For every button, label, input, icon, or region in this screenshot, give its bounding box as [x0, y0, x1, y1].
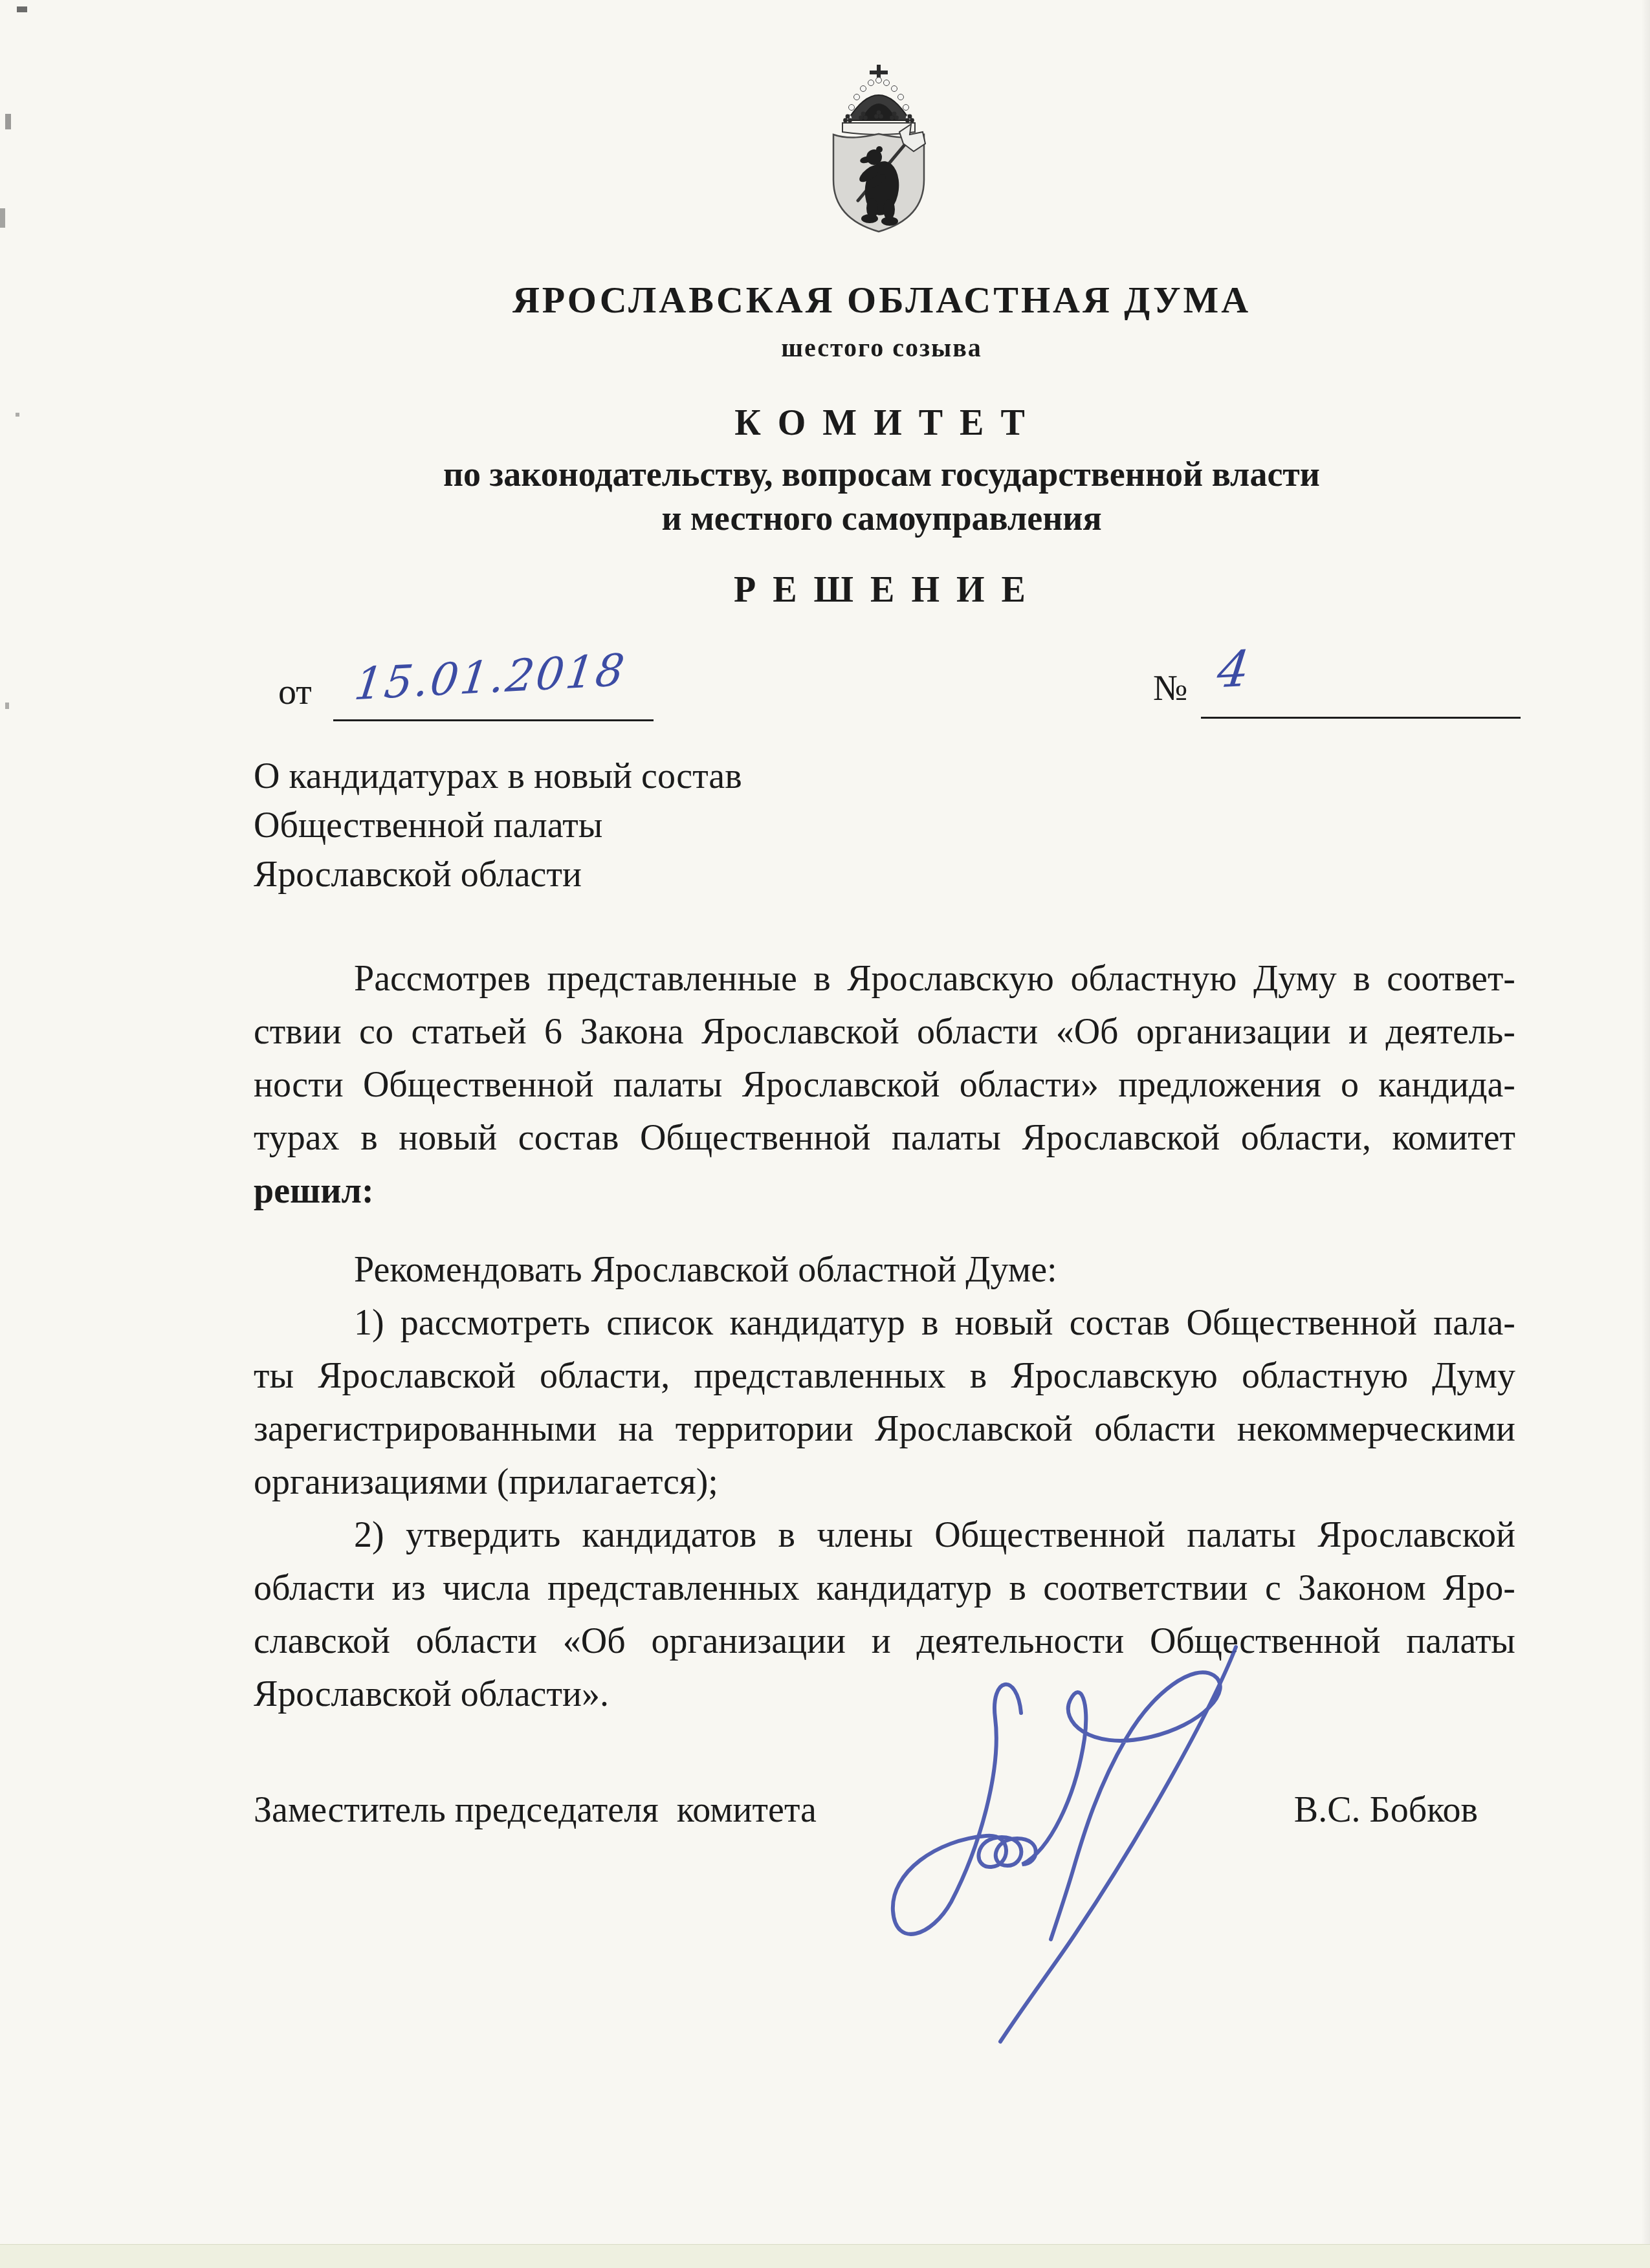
- handwritten-date: 15.01.2018: [351, 645, 629, 711]
- body-line: 1) рассмотреть список кандидатур в новый…: [254, 1296, 1515, 1349]
- signature-row: Заместитель председателя комитета В.С. Б…: [254, 1789, 1515, 1831]
- scan-artifact: [5, 703, 9, 709]
- date-label: от: [278, 671, 312, 713]
- signer-name: В.С. Бобков: [1294, 1789, 1478, 1831]
- body-line: ты Ярославской области, представленных в…: [254, 1349, 1515, 1402]
- number-label: №: [1153, 668, 1187, 709]
- subject-line: Общественной палаты: [254, 801, 965, 850]
- body-line: турах в новый состав Общественной палаты…: [254, 1111, 1515, 1164]
- signer-position: Заместитель председателя комитета: [254, 1789, 817, 1831]
- body-line: ности Общественной палаты Ярославской об…: [254, 1058, 1515, 1111]
- date-underline: [333, 719, 654, 721]
- scan-artifact: [16, 413, 19, 417]
- decision-body: Рассмотрев представленные в Ярославскую …: [254, 952, 1515, 1721]
- body-line: решил:: [254, 1164, 1515, 1217]
- scan-artifact: [0, 208, 5, 228]
- body-line: ствии со статьей 6 Закона Ярославской об…: [254, 1005, 1515, 1058]
- body-line: славской области «Об организации и деяте…: [254, 1615, 1515, 1668]
- body-line: зарегистрированными на территории Яросла…: [254, 1402, 1515, 1456]
- scan-artifact: [17, 6, 27, 12]
- organization-name: ЯРОСЛАВСКАЯ ОБЛАСТНАЯ ДУМА: [249, 278, 1514, 322]
- body-line: Рекомендовать Ярославской областной Думе…: [254, 1243, 1515, 1296]
- body-line: области из числа представленных кандидат…: [254, 1562, 1515, 1615]
- body-line: Рассмотрев представленные в Ярославскую …: [254, 952, 1515, 1005]
- subject-block: О кандидатурах в новый составОбщественно…: [254, 752, 965, 899]
- body-line: 2) утвердить кандидатов в члены Обществе…: [254, 1509, 1515, 1562]
- yaroslavl-coat-of-arms-icon: [827, 65, 930, 234]
- document-type-heading: Р Е Ш Е Н И Е: [249, 569, 1514, 611]
- subject-line: Ярославской области: [254, 850, 965, 899]
- number-underline: [1201, 717, 1521, 719]
- committee-subtitle-line2: и местного самоуправления: [249, 498, 1514, 538]
- convocation-line: шестого созыва: [249, 333, 1514, 363]
- scan-artifact: [5, 114, 11, 129]
- body-line: организациями (прилагается);: [254, 1456, 1515, 1509]
- scanned-decision-document: ЯРОСЛАВСКАЯ ОБЛАСТНАЯ ДУМА шестого созыв…: [0, 0, 1650, 2268]
- committee-title: К О М И Т Е Т: [249, 402, 1514, 444]
- body-line: Ярославской области».: [254, 1668, 1515, 1721]
- subject-line: О кандидатурах в новый состав: [254, 752, 965, 801]
- handwritten-number: 4: [1215, 639, 1253, 699]
- committee-subtitle-line1: по законодательству, вопросам государств…: [249, 454, 1514, 494]
- scanner-bottom-edge: [0, 2244, 1650, 2268]
- scan-edge-shadow: [1641, 0, 1650, 2268]
